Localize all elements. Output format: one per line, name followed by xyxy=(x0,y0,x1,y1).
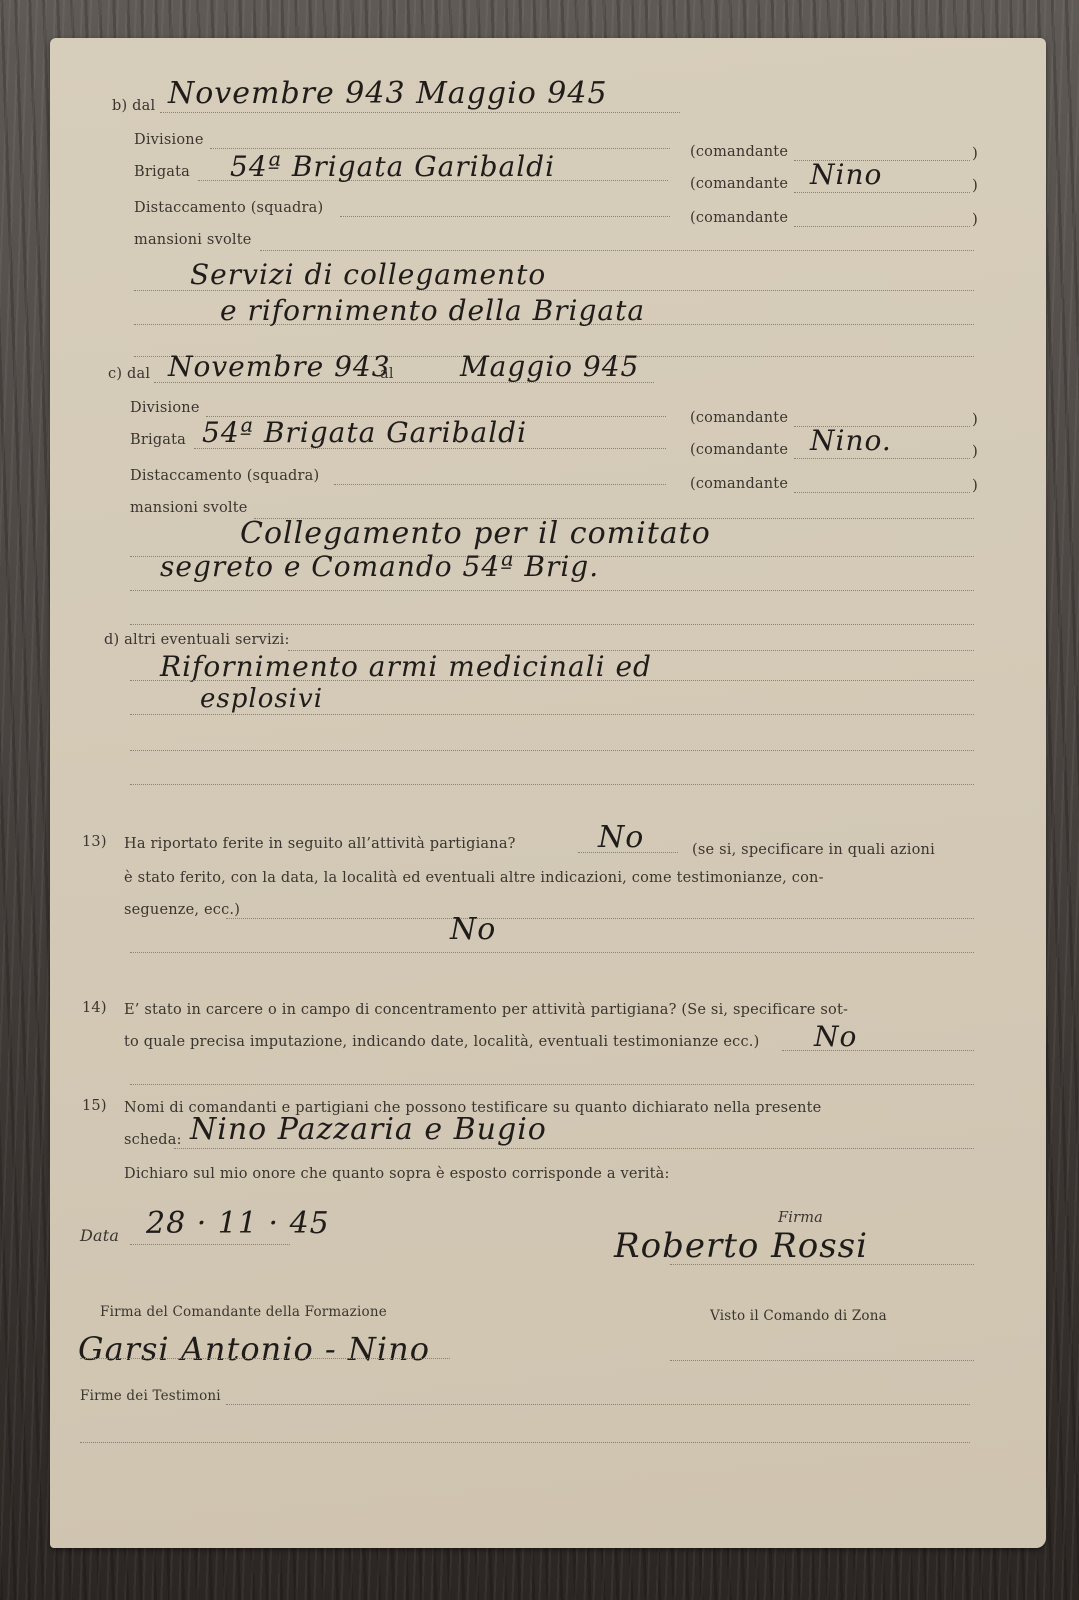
q15-answer: Nino Pazzaria e Bugio xyxy=(190,1112,547,1147)
q13-number: 13) xyxy=(82,834,107,850)
firme-testimoni-label: Firme dei Testimoni xyxy=(80,1388,221,1404)
section-b-dal-value: Novembre 943 Maggio 945 xyxy=(168,76,608,111)
section-c-mansioni-line-2 xyxy=(130,590,974,591)
q15-answer-line xyxy=(174,1148,974,1149)
section-c-brigata-comandante-line xyxy=(794,458,970,459)
partisan-record-form: b) dal Novembre 943 Maggio 945 Divisione… xyxy=(50,38,1046,1548)
section-d-line-4 xyxy=(130,784,974,785)
firma-comandante-signature: Garsi Antonio - Nino xyxy=(78,1330,430,1368)
section-c-mansioni-label: mansioni svolte xyxy=(130,500,248,516)
visto-comando-line xyxy=(670,1360,974,1361)
section-c-mansioni-value-2: segreto e Comando 54ª Brig. xyxy=(160,550,599,583)
section-b-mansioni-label: mansioni svolte xyxy=(134,232,252,248)
paren: ) xyxy=(972,144,978,162)
section-c-divisione-comandante-label: (comandante xyxy=(690,410,788,426)
section-d-line-2 xyxy=(130,714,974,715)
q13-text-line2: è stato ferito, con la data, la località… xyxy=(124,870,824,886)
section-b-distaccamento-comandante-line xyxy=(794,226,970,227)
section-b-mansioni-value-1: Servizi di collegamento xyxy=(190,258,546,291)
section-c-brigata-comandante-label: (comandante xyxy=(690,442,788,458)
q13-answer: No xyxy=(598,820,644,855)
section-c-dal-label: c) dal xyxy=(108,366,150,382)
data-label: Data xyxy=(80,1226,119,1245)
section-b-brigata-comandante-value: Nino xyxy=(810,158,882,191)
section-b-mansioni-line-0 xyxy=(260,250,974,251)
paren: ) xyxy=(972,410,978,428)
section-c-distaccamento-label: Distaccamento (squadra) xyxy=(130,468,319,484)
section-b-brigata-comandante-label: (comandante xyxy=(690,176,788,192)
section-b-divisione-label: Divisione xyxy=(134,132,204,148)
paren: ) xyxy=(972,176,978,194)
section-b-brigata-value: 54ª Brigata Garibaldi xyxy=(230,150,555,183)
section-c-brigata-comandante-value: Nino. xyxy=(810,424,892,457)
paren: ) xyxy=(972,442,978,460)
q13-details-line-1 xyxy=(130,952,974,953)
section-c-distaccamento-comandante-line xyxy=(794,492,970,493)
section-c-al-value: Maggio 945 xyxy=(460,350,639,383)
q14-text-line1: E’ stato in carcere o in campo di concen… xyxy=(124,1002,848,1018)
section-b-brigata-comandante-line xyxy=(794,192,970,193)
q14-answer: No xyxy=(814,1020,857,1053)
data-value: 28 · 11 · 45 xyxy=(146,1206,330,1241)
section-b-dal-label: b) dal xyxy=(112,98,155,114)
q14-number: 14) xyxy=(82,1000,107,1016)
section-b-divisione-comandante-label: (comandante xyxy=(690,144,788,160)
q13-details-line-0 xyxy=(226,918,974,919)
paren: ) xyxy=(972,476,978,494)
paren: ) xyxy=(972,210,978,228)
section-b-mansioni-value-2: e rifornimento della Brigata xyxy=(220,294,645,327)
section-c-distaccamento-line xyxy=(334,484,666,485)
section-d-label: d) altri eventuali servizi: xyxy=(104,632,290,648)
section-c-mansioni-line-3 xyxy=(130,624,974,625)
data-line xyxy=(130,1244,290,1245)
q13-instruction-text: (se si, specificare in quali azioni xyxy=(692,842,935,858)
section-c-brigata-value: 54ª Brigata Garibaldi xyxy=(202,416,527,449)
q13-details-answer: No xyxy=(450,912,496,947)
section-b-distaccamento-comandante-label: (comandante xyxy=(690,210,788,226)
q14-text-line2: to quale precisa imputazione, indicando … xyxy=(124,1034,759,1050)
section-c-mansioni-value-1: Collegamento per il comitato xyxy=(240,516,711,551)
section-d-value-2: esplosivi xyxy=(200,684,323,714)
q15-text-line2: scheda: xyxy=(124,1132,182,1148)
firme-testimoni-line-1 xyxy=(226,1404,970,1405)
firme-testimoni-line-2 xyxy=(80,1442,970,1443)
declaration-text: Dichiaro sul mio onore che quanto sopra … xyxy=(124,1166,670,1182)
section-b-dal-line xyxy=(160,112,680,113)
q14-details-line xyxy=(130,1084,974,1085)
visto-comando-label: Visto il Comando di Zona xyxy=(710,1308,887,1324)
section-c-distaccamento-comandante-label: (comandante xyxy=(690,476,788,492)
section-c-divisione-label: Divisione xyxy=(130,400,200,416)
section-d-line-1 xyxy=(130,680,974,681)
section-b-distaccamento-label: Distaccamento (squadra) xyxy=(134,200,323,216)
q13-question-text: Ha riportato ferite in seguito all’attiv… xyxy=(124,836,516,852)
section-c-dal-value: Novembre 943 xyxy=(168,350,391,383)
section-c-al-label: al xyxy=(380,366,394,382)
firma-signature: Roberto Rossi xyxy=(614,1226,868,1266)
firma-comandante-line xyxy=(80,1358,450,1359)
section-b-distaccamento-line xyxy=(340,216,670,217)
firma-comandante-label: Firma del Comandante della Formazione xyxy=(100,1304,387,1320)
section-c-brigata-label: Brigata xyxy=(130,432,186,448)
q14-answer-line xyxy=(782,1050,974,1051)
section-b-divisione-line xyxy=(210,148,670,149)
q15-number: 15) xyxy=(82,1098,107,1114)
section-d-line-3 xyxy=(130,750,974,751)
firma-label: Firma xyxy=(778,1210,823,1226)
section-d-value-1: Rifornimento armi medicinali ed xyxy=(160,650,652,683)
q13-text-line3: seguenze, ecc.) xyxy=(124,902,240,918)
section-b-brigata-label: Brigata xyxy=(134,164,190,180)
